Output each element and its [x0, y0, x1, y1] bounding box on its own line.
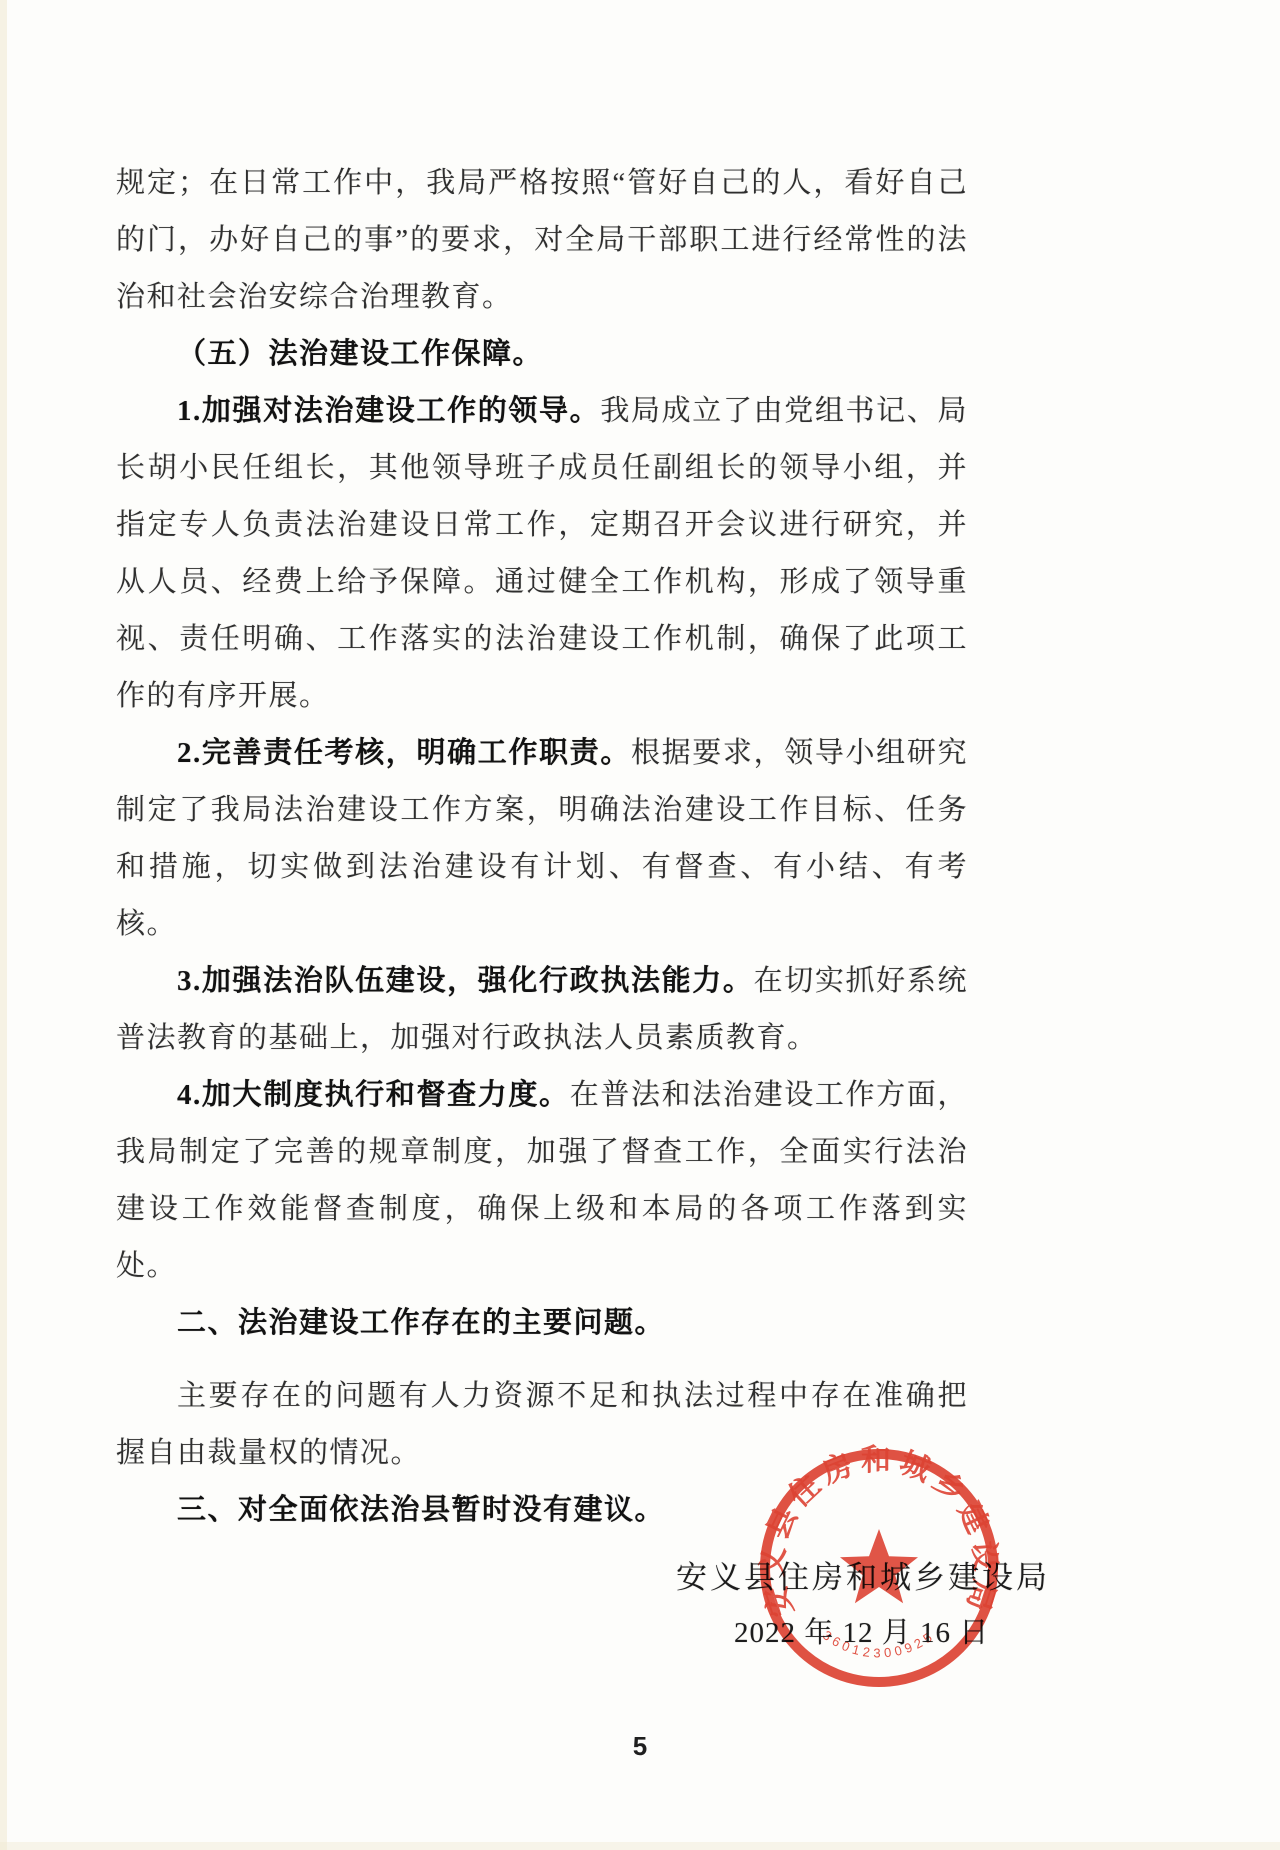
paragraph-lead: 1.加强对法治建设工作的领导。 — [177, 395, 600, 427]
paragraph-text: 规定；在日常工作中，我局严格按照“管好自己的人，看好自己的门，办好自己的事”的要… — [116, 167, 968, 313]
paragraph: 4.加大制度执行和督查力度。在普法和法治建设工作方面，我局制定了完善的规章制度，… — [116, 1067, 968, 1295]
paragraph-text: 我局成立了由党组书记、局长胡小民任组长，其他领导班子成员任副组长的领导小组，并指… — [116, 395, 968, 712]
paragraph-lead: 三、对全面依法治县暂时没有建议。 — [177, 1494, 665, 1526]
section-heading: 二、法治建设工作存在的主要问题。 — [116, 1295, 968, 1352]
section-heading: （五）法治建设工作保障。 — [116, 326, 968, 383]
scanned-document-page: 规定；在日常工作中，我局严格按照“管好自己的人，看好自己的门，办好自己的事”的要… — [0, 0, 1280, 1850]
paragraph-lead: 3.加强法治队伍建设，强化行政执法能力。 — [177, 965, 754, 997]
scan-edge-left — [0, 0, 7, 1850]
document-body: 规定；在日常工作中，我局严格按照“管好自己的人，看好自己的门，办好自己的事”的要… — [116, 155, 968, 1539]
official-seal: 安义县住房和城乡建设局 36012300925 — [748, 1437, 1010, 1699]
seal-star-icon — [840, 1529, 918, 1603]
paragraph: 规定；在日常工作中，我局严格按照“管好自己的人，看好自己的门，办好自己的事”的要… — [116, 155, 968, 326]
paragraph-lead: 二、法治建设工作存在的主要问题。 — [177, 1307, 665, 1339]
paragraph-lead: 4.加大制度执行和督查力度。 — [177, 1079, 570, 1111]
paragraph-lead: （五）法治建设工作保障。 — [177, 338, 543, 370]
seal-serial-number: 36012300925 — [820, 1627, 938, 1660]
paragraph: 2.完善责任考核，明确工作职责。根据要求，领导小组研究制定了我局法治建设工作方案… — [116, 725, 968, 953]
paragraph: 3.加强法治队伍建设，强化行政执法能力。在切实抓好系统普法教育的基础上，加强对行… — [116, 953, 968, 1067]
paragraph-lead: 2.完善责任考核，明确工作职责。 — [177, 737, 631, 769]
seal-serial-holder: 36012300925 — [820, 1627, 938, 1660]
scan-edge-bottom — [0, 1842, 1280, 1850]
paragraph: 1.加强对法治建设工作的领导。我局成立了由党组书记、局长胡小民任组长，其他领导班… — [116, 383, 968, 725]
page-number: 5 — [0, 1731, 1280, 1762]
